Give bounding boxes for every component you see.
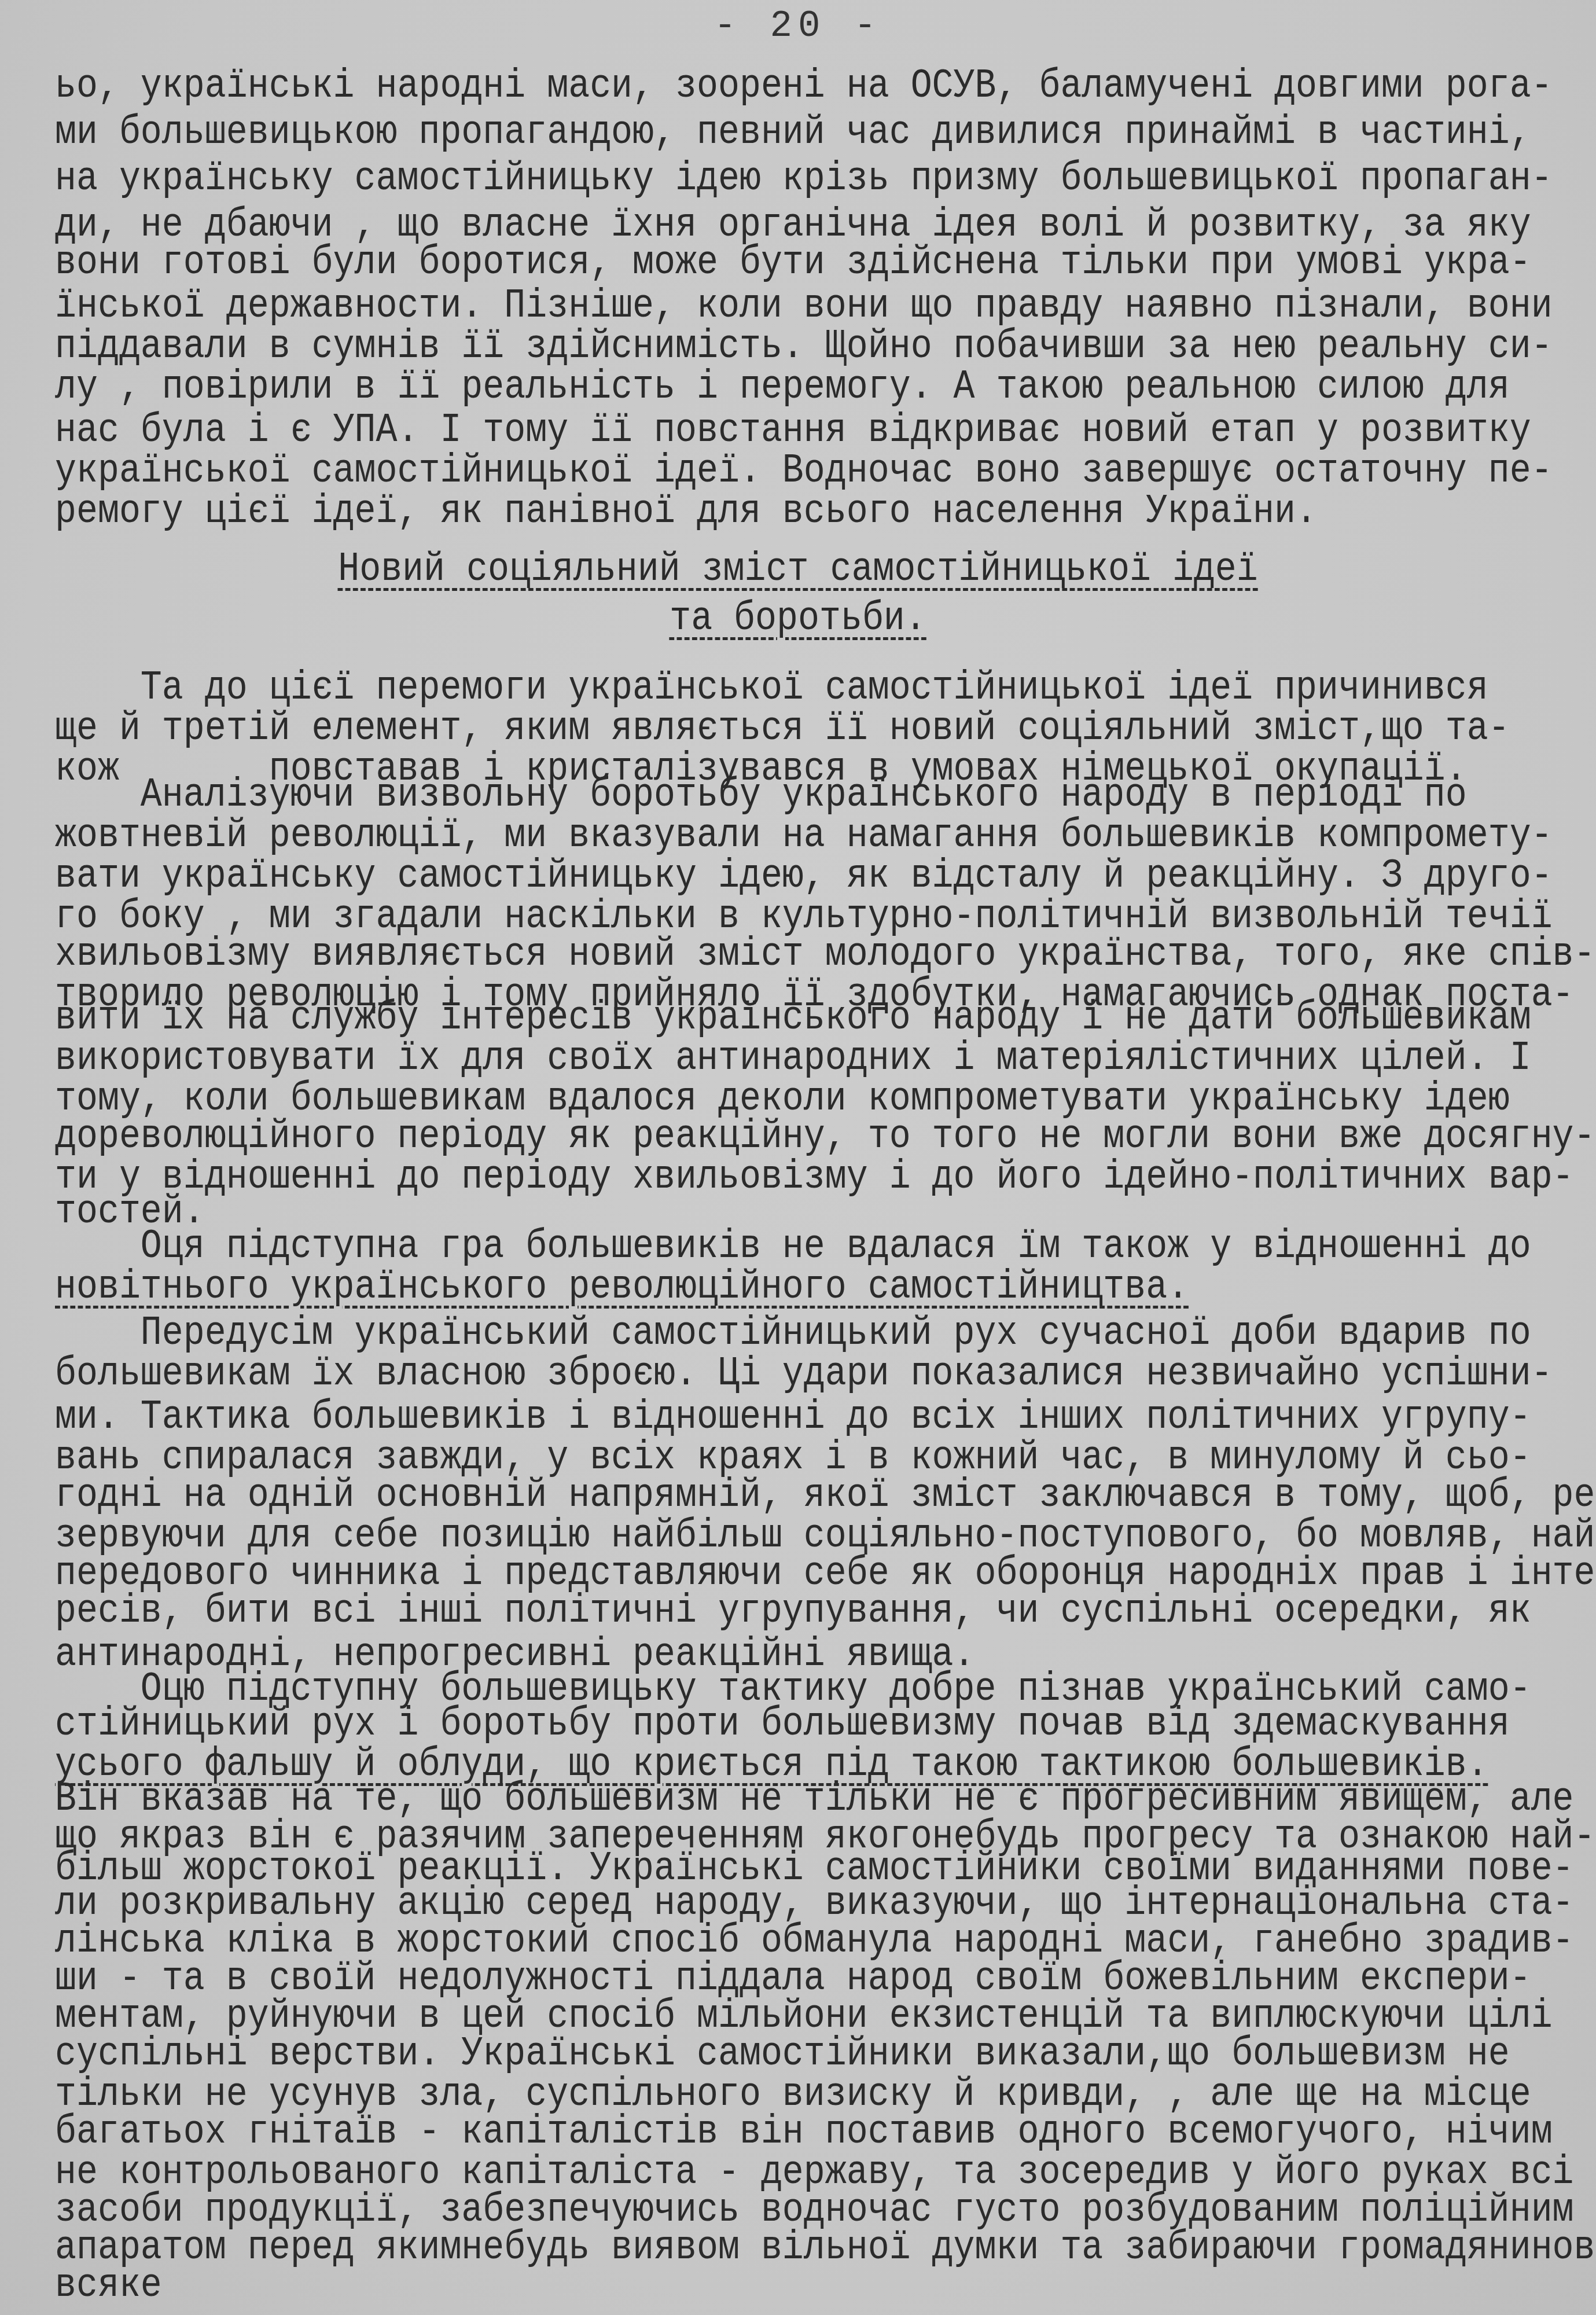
- text-line: ресів, бити всі інші політичні угрупуван…: [55, 1589, 1531, 1635]
- text-line: вити їх на службу інтересів українського…: [55, 995, 1531, 1042]
- text-line: української самостійницької ідеї. Водноч…: [55, 449, 1553, 495]
- text-line: вати українську самостійницьку ідею, як …: [55, 854, 1553, 900]
- text-line: ти у відношенні до періоду хвильовізму і…: [55, 1155, 1574, 1201]
- text-line: жовтневій революції, ми вказували на нам…: [55, 813, 1553, 859]
- text-line: апаратом перед якимнебудь виявом вільної…: [55, 2225, 1596, 2272]
- text-line: Та до цієї перемоги української самостій…: [55, 666, 1488, 712]
- text-line: нас була і є УПА. І тому її повстання ві…: [55, 408, 1531, 454]
- text-line: большевикам їх власною зброєю. Ці удари …: [55, 1351, 1553, 1398]
- text-line: Оця підступна гра большевиків не вдалася…: [55, 1224, 1531, 1270]
- text-line: багатьох гнітаїв - капіталістів він пост…: [55, 2110, 1553, 2156]
- text-line: їнської державности. Пізніше, коли вони …: [55, 284, 1553, 330]
- text-line: ьо, українські народні маси, зоорені на …: [55, 64, 1553, 110]
- document-page: - 20 - ьо, українські народні маси, зоор…: [0, 0, 1596, 2315]
- text-line: стійницький рух і боротьбу проти большев…: [55, 1702, 1510, 1748]
- text-line: суспільні верстви. Українські самостійни…: [55, 2031, 1510, 2078]
- text-line: годні на одній основній напрямній, якої …: [55, 1473, 1596, 1519]
- section-heading-line-1: Новий соціяльний зміст самостійницької і…: [95, 547, 1500, 593]
- page-number: - 20 -: [0, 6, 1596, 47]
- text-line: на українську самостійницьку ідею крізь …: [55, 156, 1553, 203]
- text-line: Передусім український самостійницький ру…: [55, 1311, 1531, 1357]
- text-line: вони готові були боротися, може бути зді…: [55, 240, 1531, 286]
- text-line: використовувати їх для своїх антинародни…: [55, 1036, 1531, 1082]
- text-line: хвильовізму виявляється новий зміст моло…: [55, 932, 1595, 978]
- text-line: дореволюційного періоду як реакційну, то…: [55, 1114, 1595, 1160]
- text-line: Аналізуючи визвольну боротьбу українсько…: [55, 773, 1467, 819]
- text-line-underlined: новітнього українського революційного са…: [55, 1265, 1189, 1311]
- text-line: ми. Тактика большевиків і відношенні до …: [55, 1395, 1531, 1441]
- text-line: ремогу цієї ідеї, як панівної для всього…: [55, 489, 1317, 535]
- text-line: всяке: [55, 2263, 162, 2309]
- text-line: лу , повірили в її реальність і перемогу…: [55, 365, 1510, 411]
- text-line: ми большевицькою пропагандою, певний час…: [55, 110, 1531, 156]
- section-heading-line-2: та боротьби.: [95, 596, 1500, 642]
- text-line: ще й третій елемент, яким являється її н…: [55, 706, 1510, 752]
- text-line: піддавали в сумнів її здійснимість. Щойн…: [55, 324, 1553, 370]
